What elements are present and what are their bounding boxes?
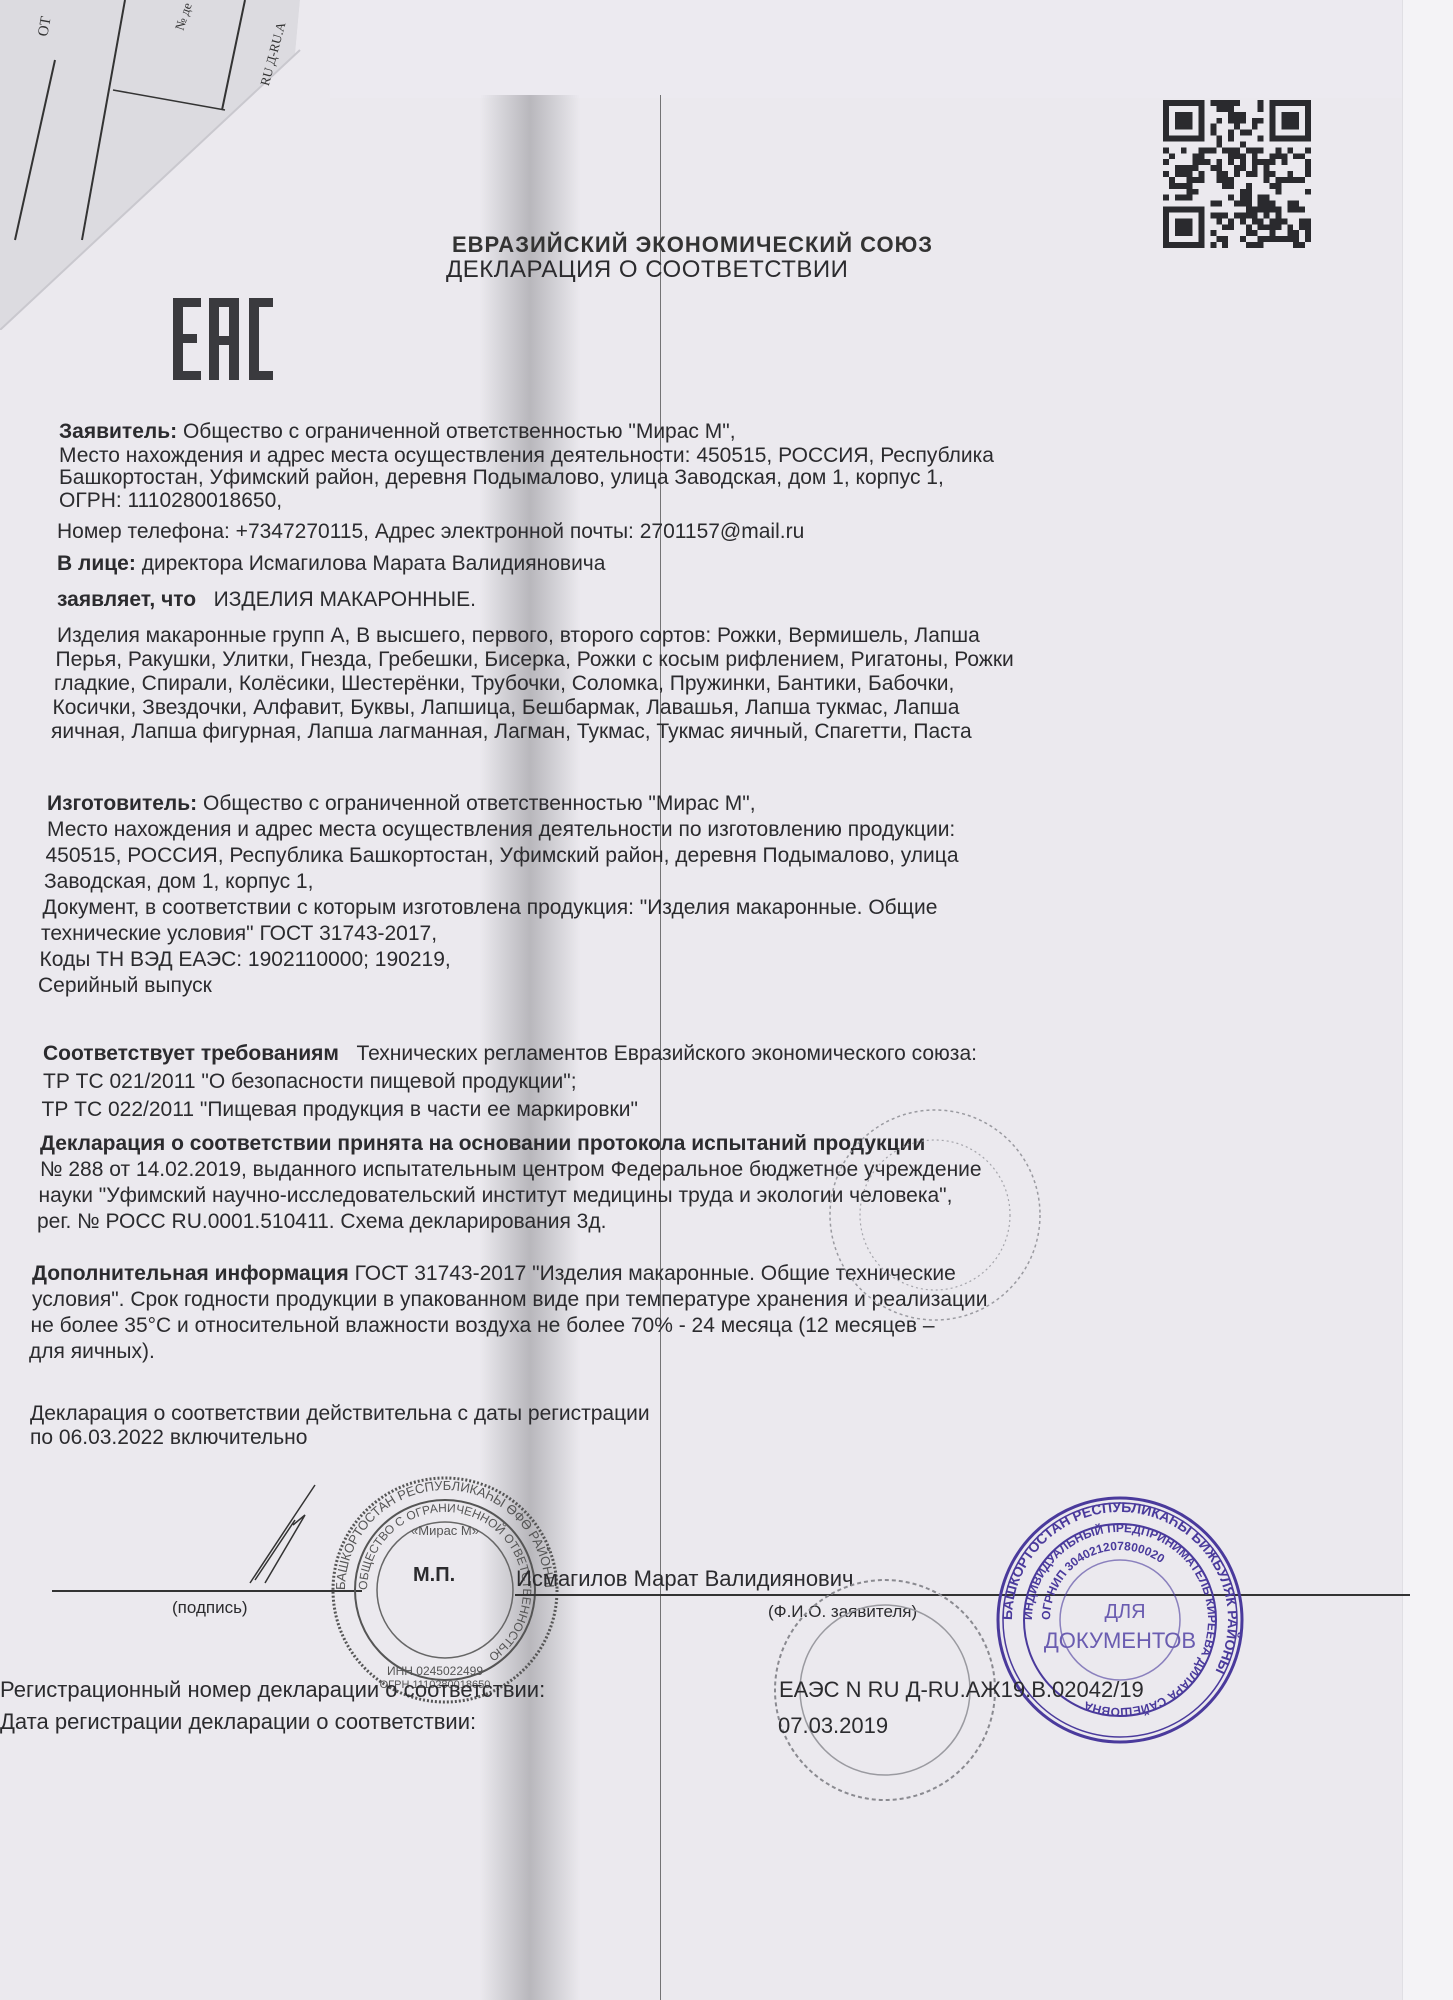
text-line: Изделия макаронные групп А, В высшего, п… [57,624,980,648]
manufacturer-name: Общество с ограниченной ответственностью… [203,792,756,815]
signature-line [52,1590,362,1592]
text-line: Косички, Звездочки, Алфавит, Буквы, Лапш… [53,696,960,720]
declares-product: ИЗДЕЛИЯ МАКАРОННЫЕ. [214,588,476,611]
applicant-name: Общество с ограниченной ответственностью… [183,420,736,443]
text-line: Место нахождения и адрес места осуществл… [47,818,955,842]
applicant-label: Заявитель: [59,420,177,443]
rep-label: В лице: [57,552,136,575]
text-line: Перья, Ракушки, Улитки, Гнезда, Гребешки… [56,648,1014,672]
text-line: Коды ТН ВЭД ЕАЭС: 1902110000; 190219, [40,948,451,972]
conformity-line: Соответствует требованиям Технических ре… [43,1042,977,1066]
registration-date-value: 07.03.2019 [778,1714,888,1738]
applicant-ogrn: ОГРН: 1110280018650, [59,489,282,513]
seal-mark: М.П. [413,1563,455,1587]
text-line: ТР ТС 021/2011 "О безопасности пищевой п… [43,1070,577,1094]
text-line: Серийный выпуск [38,974,212,998]
company-seal-name: «Мирас М» [411,1523,479,1538]
text-line: для яичных). [29,1340,155,1364]
validity-line-2: по 06.03.2022 включительно [30,1426,307,1450]
text-line: 450515, РОССИЯ, Республика Башкортостан,… [46,844,959,868]
additional-label: Дополнительная информация [32,1262,349,1285]
page-edge [1402,0,1453,2000]
company-seal-inn: ИНН 0245022499 [387,1664,483,1678]
notary-seal-center-1: ДЛЯ [1104,1601,1145,1623]
manufacturer-label: Изготовитель: [47,792,197,815]
declares-label: заявляет, что [57,588,196,611]
registration-number-label: Регистрационный номер декларации о соотв… [0,1678,545,1702]
registration-number-value: ЕАЭС N RU Д-RU.АЖ19.В.02042/19 [779,1678,1144,1702]
applicant-address-1: Место нахождения и адрес места осуществл… [59,444,994,468]
test-center-seal-icon [820,1105,1050,1325]
validity-line-1: Декларация о соответствии действительна … [30,1402,650,1426]
notary-seal-center-2: ДОКУМЕНТОВ [1044,1628,1196,1653]
union-title: ЕВРАЗИЙСКИЙ ЭКОНОМИЧЕСКИЙ СОЮЗ [452,232,933,258]
eac-logo-icon [173,298,273,380]
fold-text-ot: ОТ [35,15,54,37]
text-line: яичная, Лапша фигурная, Лапша лагманная,… [51,720,972,744]
manufacturer-line: Изготовитель: Общество с ограниченной от… [47,792,756,816]
text-line: гладкие, Спирали, Колёсики, Шестерёнки, … [54,672,954,696]
notary-seal-icon: БАШКОРТОСТАН РЕСПУБЛИКАҺЫ БИЖБУЛЯК РАЙОН… [990,1490,1250,1750]
document-title: ДЕКЛАРАЦИЯ О СООТВЕТСТВИИ [446,256,848,284]
qr-code [1157,100,1317,248]
text-line: науки "Уфимский научно-исследовательский… [39,1184,953,1208]
text-line: не более 35°С и относительной влажности … [31,1314,935,1338]
text-line: ТР ТС 022/2011 "Пищевая продукция в част… [42,1098,638,1122]
declares-line: заявляет, что ИЗДЕЛИЯ МАКАРОННЫЕ. [57,588,476,612]
additional-line: Дополнительная информация ГОСТ 31743-201… [32,1262,956,1286]
registration-date-label: Дата регистрации декларации о соответств… [0,1710,476,1734]
text-line: рег. № РОСС RU.0001.510411. Схема деклар… [37,1210,606,1234]
applicant-address-2: Башкортостан, Уфимский район, деревня По… [59,466,944,490]
rep-value: директора Исмагилова Марата Валидиянович… [142,552,606,575]
text-line: Документ, в соответствии с которым изгот… [43,896,938,920]
text-line: технические условия" ГОСТ 31743-2017, [41,922,437,946]
text-line: Заводская, дом 1, корпус 1, [44,870,313,894]
signature-caption: (подпись) [172,1596,248,1620]
signature-icon [235,1475,325,1585]
applicant-representative: В лице: директора Исмагилова Марата Вали… [57,552,605,576]
folded-corner: ОТ № де RU Д-RU.А [0,0,330,330]
conformity-rest: Технических регламентов Евразийского эко… [356,1042,977,1065]
applicant-contacts: Номер телефона: +7347270115, Адрес элект… [57,520,804,544]
basis-label: Декларация о соответствии принята на осн… [40,1132,925,1156]
conformity-label: Соответствует требованиям [43,1042,339,1065]
applicant-line: Заявитель: Общество с ограниченной ответ… [59,420,736,444]
